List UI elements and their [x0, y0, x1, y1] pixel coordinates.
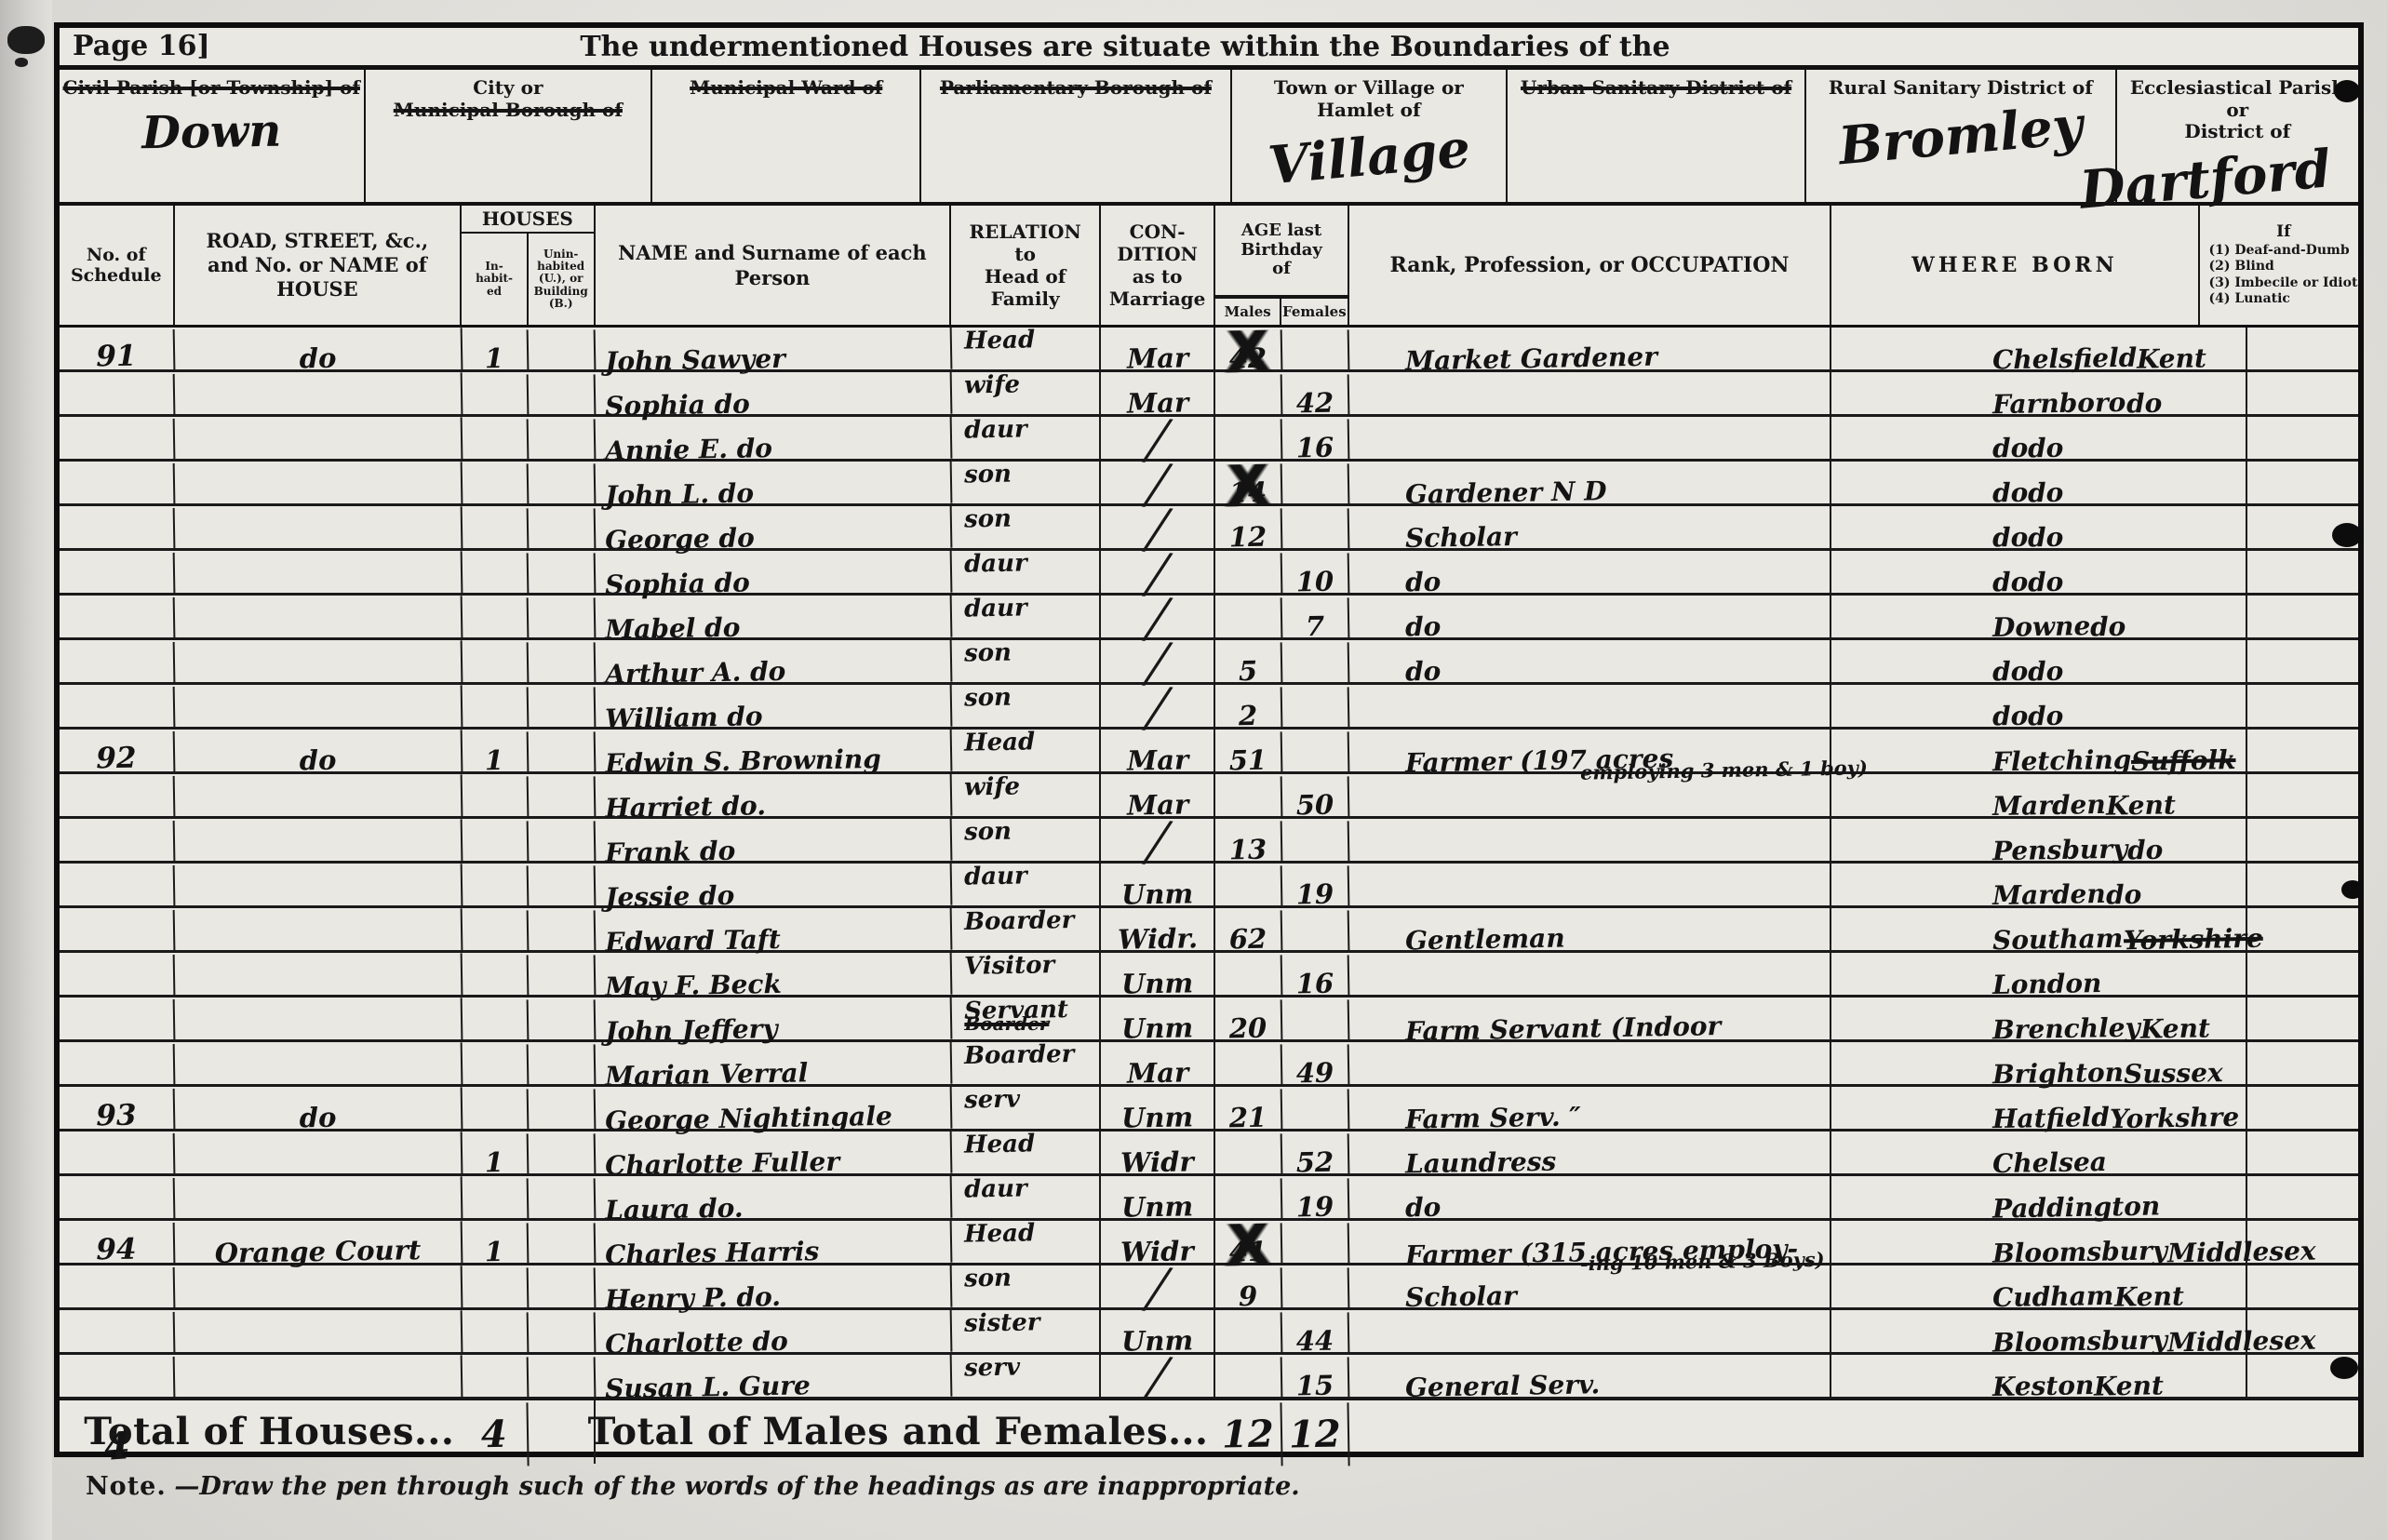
boundary-label: District of: [2184, 120, 2290, 142]
cell-houses-inhabited: [462, 776, 529, 819]
cell-schedule-number: [60, 1133, 175, 1177]
ink-smudge: [7, 26, 45, 54]
cell-person-name: Laura do.: [595, 1176, 952, 1225]
header-houses-group: HOUSES In- habit- ed Unin- habited (U.),…: [462, 206, 595, 325]
born-county: do: [2028, 434, 2064, 462]
cell-age-female: [1282, 508, 1349, 551]
condition-value: Widr: [1120, 1237, 1194, 1266]
cell-person-name: Arthur A. do: [595, 640, 952, 689]
cell-houses-uninhabited: [529, 1133, 596, 1176]
cell-condition: ╱: [1101, 685, 1216, 727]
table-row: Sophia do wife Mar ╱ 42 Farnboro do: [60, 372, 2358, 417]
cell-houses-uninhabited: [529, 731, 596, 774]
cell-age-female: 16: [1282, 955, 1349, 998]
cell-age-female: [1282, 1089, 1349, 1132]
occupation-value: Farm Serv. ″: [1404, 1103, 1580, 1133]
born-place: do: [1992, 523, 2029, 551]
cell-relation: son: [951, 640, 1101, 682]
boundary-label: Civil Parish [or Township] of: [63, 76, 360, 99]
occupation-value: General Serv.: [1404, 1371, 1600, 1401]
born-county: do: [2028, 478, 2064, 506]
footer-note-text: —Draw the pen through such of the words …: [174, 1472, 1299, 1501]
totals-males-females-label: Total of Males and Females...: [596, 1400, 1216, 1464]
condition-slash-mark: ╱: [1144, 601, 1171, 638]
condition-value: Unm: [1121, 1192, 1194, 1222]
cell-age-male: [1215, 955, 1282, 998]
born-place: Brighton: [1992, 1058, 2124, 1088]
cell-condition: Mar ╱: [1101, 774, 1216, 816]
header-uninhabited: Unin- habited (U.), or Building (B.): [529, 234, 594, 325]
cell-person-name: Charlotte Fuller: [595, 1132, 952, 1180]
cell-where-born: Bloomsbury Middlesex: [1831, 1221, 2247, 1263]
cell-road-name: [174, 819, 462, 865]
condition-value: Unm: [1121, 969, 1194, 998]
cell-road-name: Orange Court: [174, 1221, 462, 1267]
cell-where-born: Downe do: [1831, 596, 2247, 637]
cell-schedule-number: [60, 508, 175, 552]
cell-houses-inhabited: [462, 1357, 529, 1399]
header-condition: CON- DITION as to Marriage: [1101, 206, 1216, 325]
boundary-parliamentary-borough: Parliamentary Borough of: [921, 70, 1231, 202]
cell-infirmity: [2247, 774, 2358, 816]
relation-value: son: [964, 509, 1012, 530]
cell-houses-inhabited: [462, 910, 529, 953]
born-place: do: [1992, 702, 2029, 730]
relation-struck-value: Boarder: [964, 1016, 1049, 1032]
cell-condition: Mar ╱: [1101, 1042, 1216, 1084]
cell-age-female: 19: [1282, 865, 1349, 908]
cell-condition: Mar ╱: [1101, 730, 1216, 771]
header-age: AGE last Birthday of: [1215, 206, 1347, 297]
cell-relation: Head: [951, 328, 1101, 369]
condition-slash-mark: ╱: [1144, 1360, 1171, 1398]
cell-infirmity: [2247, 328, 2358, 369]
table-row: Edward Taft Boarder Widr. ╱ 62 Gentleman…: [60, 908, 2358, 953]
cell-age-female: 50: [1282, 776, 1349, 819]
cell-road-name: [174, 1132, 462, 1178]
cell-occupation: do: [1349, 551, 1832, 593]
cell-where-born: London: [1831, 953, 2247, 995]
cell-where-born: Pensbury do: [1831, 819, 2247, 861]
cell-occupation: Laundress: [1349, 1132, 1832, 1173]
cell-houses-inhabited: 1: [462, 329, 529, 372]
cell-schedule-number: [60, 865, 175, 909]
cell-houses-uninhabited: [529, 776, 596, 819]
cell-person-name: John L. do: [595, 462, 952, 510]
cell-person-name: Marian Verral: [595, 1042, 952, 1091]
cell-houses-inhabited: [462, 419, 529, 462]
cell-age-male: 51: [1215, 731, 1282, 774]
cell-age-male: [1215, 553, 1282, 596]
boundary-label: Town or Village or: [1274, 76, 1464, 99]
cell-infirmity: [2247, 372, 2358, 414]
cell-schedule-number: 93: [60, 1089, 175, 1132]
table-row: Charlotte do sister Unm ╱ 44 Bloomsbury: [60, 1310, 2358, 1355]
cell-schedule-number: 92: [60, 731, 175, 775]
cell-age-male: 62: [1215, 910, 1282, 953]
cell-where-born: do do: [1831, 551, 2247, 593]
relation-value: wife: [964, 776, 1020, 797]
cell-houses-uninhabited: [529, 865, 596, 908]
cell-age-male: 20: [1215, 999, 1282, 1042]
cell-condition: Unm ╱: [1101, 864, 1216, 905]
cell-occupation: Farmer (197 acres employing 3 men & 1 bo…: [1349, 730, 1832, 771]
occupation-note: employing 3 men & 1 boy): [1580, 757, 1868, 783]
table-row: Sophia do daur ╱ 10 do do do: [60, 551, 2358, 596]
born-place: do: [1992, 657, 2029, 685]
table-row: John L. do son ╱ 14 Gardener N D do d: [60, 462, 2358, 506]
condition-slash-mark: ╱: [1144, 512, 1171, 549]
cell-road-name: [174, 1310, 462, 1357]
cell-age-female: 10: [1282, 553, 1349, 596]
relation-value: daur: [964, 865, 1027, 887]
born-county: Suffolk: [2131, 746, 2236, 775]
cell-occupation: General Serv.: [1349, 1355, 1832, 1397]
boundary-town-village: Town or Village or Hamlet of Village: [1232, 70, 1508, 202]
ink-blot: [2332, 523, 2362, 547]
boundary-civil-parish: Civil Parish [or Township] of Down: [60, 70, 366, 202]
relation-value: serv: [964, 1357, 1020, 1378]
cell-road-name: do: [174, 328, 462, 374]
cell-person-name: John Sawyer: [595, 328, 952, 376]
cell-schedule-number: [60, 1267, 175, 1311]
relation-value: daur: [964, 419, 1027, 440]
totals-empty: [1831, 1400, 2246, 1464]
relation-value: son: [964, 464, 1012, 486]
born-place: Fletching: [1992, 745, 2132, 775]
cell-schedule-number: [60, 553, 175, 596]
boundary-ecclesiastical-parish: Ecclesiastical Parish or District of Dar…: [2117, 70, 2358, 202]
cell-condition: Unm ╱: [1101, 1310, 1216, 1352]
cell-person-name: Charlotte do: [595, 1310, 952, 1359]
table-row: George do son ╱ 12 Scholar do do: [60, 506, 2358, 551]
footer-note: Note. —Draw the pen through such of the …: [86, 1472, 1300, 1501]
condition-value: Mar: [1126, 388, 1188, 418]
footer-note-label: Note.: [86, 1472, 167, 1501]
cell-houses-uninhabited: [529, 955, 596, 998]
cell-where-born: Farnboro do: [1831, 372, 2247, 414]
table-row: 93 do George Nightingale serv Unm ╱ 21 F…: [60, 1087, 2358, 1132]
cell-person-name: Charles Harris: [595, 1221, 952, 1269]
cell-age-male: 12: [1215, 508, 1282, 551]
cell-where-born: Marden do: [1831, 864, 2247, 905]
cell-relation: son: [951, 819, 1101, 861]
relation-value: Visitor: [964, 955, 1055, 977]
totals-empty: [1349, 1400, 1832, 1464]
cell-where-born: Chelsea: [1831, 1132, 2247, 1173]
cell-schedule-number: [60, 955, 175, 998]
cell-occupation: [1349, 685, 1832, 727]
cell-road-name: [174, 551, 462, 597]
cell-schedule-number: [60, 463, 175, 507]
cell-houses-uninhabited: [529, 463, 596, 506]
cell-schedule-number: [60, 1044, 175, 1088]
header-infirmity: If (1) Deaf-and-Dumb (2) Blind (3) Imbec…: [2200, 206, 2358, 325]
infirmity-item: (2) Blind: [2209, 259, 2274, 275]
cell-relation: daur: [951, 417, 1101, 459]
census-page-scan: Page 16] The undermentioned Houses are s…: [0, 0, 2387, 1540]
cell-where-born: do do: [1831, 685, 2247, 727]
cell-relation: son: [951, 685, 1101, 727]
cell-infirmity: [2247, 953, 2358, 995]
ink-blot: [2330, 1357, 2358, 1379]
cell-schedule-number: [60, 597, 175, 641]
boundary-value: Village: [1230, 114, 1509, 199]
boundary-label: Rural Sanitary District of: [1829, 76, 2093, 99]
cell-houses-inhabited: [462, 1044, 529, 1087]
cell-road-name: [174, 506, 462, 553]
cell-condition: Mar ╱: [1101, 372, 1216, 414]
cell-houses-inhabited: 1: [462, 1223, 529, 1265]
boundary-municipal-borough: City or Municipal Borough of: [366, 70, 653, 202]
cell-schedule-number: [60, 374, 175, 418]
cell-occupation: [1349, 372, 1832, 414]
cell-age-female: 15: [1282, 1357, 1349, 1399]
sheet-title: The undermentioned Houses are situate wi…: [60, 31, 2191, 63]
cell-road-name: [174, 596, 462, 642]
cell-person-name: George do: [595, 506, 952, 555]
relation-value: wife: [964, 374, 1020, 395]
cell-houses-inhabited: [462, 1178, 529, 1221]
born-place: do: [1992, 568, 2029, 596]
header-age-females: Females: [1281, 299, 1348, 325]
cell-age-female: [1282, 999, 1349, 1042]
header-where-born: WHERE BORN: [1831, 206, 2199, 325]
cell-schedule-number: [60, 910, 175, 954]
cell-relation: Head: [951, 1221, 1101, 1263]
cell-road-name: [174, 372, 462, 419]
cell-condition: Unm ╱: [1101, 1087, 1216, 1129]
occupation-value: Market Gardener: [1404, 342, 1656, 374]
condition-value: Mar: [1126, 343, 1188, 373]
cell-houses-uninhabited: [529, 508, 596, 551]
occupation-value: Gentleman: [1404, 924, 1564, 954]
infirmity-item: (1) Deaf-and-Dumb: [2209, 243, 2350, 260]
cell-person-name: Sophia do: [595, 551, 952, 599]
cell-infirmity: [2247, 596, 2358, 637]
cell-houses-inhabited: [462, 642, 529, 685]
occupation-note: -ing 10 men & 3 Boys): [1580, 1250, 1825, 1275]
boundary-value: Down: [60, 103, 364, 161]
cell-age-female: 49: [1282, 1044, 1349, 1087]
cell-person-name: May F. Beck: [595, 953, 952, 1001]
cell-condition: Widr ╱: [1101, 1221, 1216, 1263]
cell-age-female: [1282, 1223, 1349, 1265]
relation-value: son: [964, 822, 1012, 843]
header-houses: HOUSES: [462, 206, 593, 234]
cell-schedule-number: [60, 1178, 175, 1222]
occupation-value: do: [1404, 568, 1441, 596]
cell-road-name: [174, 685, 462, 731]
born-county: Kent: [2113, 1282, 2183, 1311]
cell-infirmity: [2247, 864, 2358, 905]
cell-age-female: 16: [1282, 419, 1349, 462]
cell-where-born: Keston Kent: [1831, 1355, 2247, 1397]
cell-where-born: Fletching Suffolk: [1831, 730, 2247, 771]
born-county: do: [2090, 612, 2126, 640]
totals-uninhabited-value: [529, 1400, 596, 1464]
cell-houses-inhabited: [462, 597, 529, 640]
relation-value: son: [964, 1268, 1012, 1290]
relation-value: Head: [964, 1223, 1036, 1244]
table-row: Arthur A. do son ╱ 5 do do do: [60, 640, 2358, 685]
cell-infirmity: [2247, 462, 2358, 503]
cell-schedule-number: [60, 1357, 175, 1400]
cell-age-male: 9: [1215, 1267, 1282, 1310]
ink-blot: [2334, 80, 2360, 102]
cell-houses-uninhabited: [529, 374, 596, 417]
relation-value: Head: [964, 329, 1036, 351]
ink-smudge: [15, 58, 28, 67]
cell-condition: Unm ╱: [1101, 998, 1216, 1039]
cell-person-name: Edwin S. Browning: [595, 730, 952, 778]
table-row: Annie E. do daur ╱ 16 do do: [60, 417, 2358, 462]
relation-value: Head: [964, 731, 1036, 753]
cell-where-born: Brenchley Kent: [1831, 998, 2247, 1039]
born-place: do: [1992, 434, 2029, 462]
cell-houses-inhabited: [462, 821, 529, 864]
table-row: Marian Verral Boarder Mar ╱ 49 Brighton: [60, 1042, 2358, 1087]
born-county: Kent: [2140, 1014, 2210, 1043]
cell-condition: ╱: [1101, 640, 1216, 682]
cell-houses-uninhabited: [529, 1267, 596, 1310]
cell-where-born: Cudham Kent: [1831, 1265, 2247, 1307]
cell-schedule-number: 94: [60, 1223, 175, 1266]
cell-age-male: [1215, 1312, 1282, 1355]
cell-road-name: [174, 864, 462, 910]
ink-blot: [2341, 880, 2364, 899]
boundary-header-row: Civil Parish [or Township] of Down City …: [60, 70, 2358, 206]
cell-houses-uninhabited: [529, 999, 596, 1042]
boundary-label: Hamlet of: [1317, 99, 1420, 121]
table-row: Jessie do daur Unm ╱ 19 Marden do: [60, 864, 2358, 908]
cell-where-born: Bloomsbury Middlesex: [1831, 1310, 2247, 1352]
born-place: do: [1992, 478, 2029, 506]
cell-condition: Unm ╱: [1101, 953, 1216, 995]
born-place: Downe: [1992, 612, 2091, 641]
born-place: London: [1992, 970, 2102, 998]
census-sheet: Page 16] The undermentioned Houses are s…: [54, 22, 2364, 1457]
cell-infirmity: [2247, 417, 2358, 459]
cell-relation: son: [951, 506, 1101, 548]
boundary-label: Municipal Ward of: [690, 76, 882, 99]
cell-houses-uninhabited: [529, 419, 596, 462]
cell-houses-uninhabited: [529, 642, 596, 685]
cell-person-name: Susan L. Gure: [595, 1355, 952, 1403]
relation-value: son: [964, 688, 1012, 709]
relation-value: serv: [964, 1089, 1020, 1110]
cell-infirmity: [2247, 908, 2358, 950]
table-row: William do son ╱ 2 do do: [60, 685, 2358, 730]
table-row: Harriet do. wife Mar ╱ 50 Marden Kent: [60, 774, 2358, 819]
cell-houses-inhabited: [462, 374, 529, 417]
cell-person-name: William do: [595, 685, 952, 733]
relation-value: daur: [964, 553, 1027, 574]
cell-person-name: Sophia do: [595, 372, 952, 421]
totals-empty: [2246, 1400, 2358, 1464]
cell-age-male: 5: [1215, 642, 1282, 685]
cell-condition: ╱: [1101, 506, 1216, 548]
scan-left-edge: [0, 0, 52, 1540]
born-county: do: [2028, 523, 2064, 551]
cell-relation: daur: [951, 596, 1101, 637]
condition-value: Unm: [1121, 1103, 1194, 1132]
cell-where-born: Southam Yorkshire: [1831, 908, 2247, 950]
cell-schedule-number: [60, 419, 175, 462]
condition-slash-mark: ╱: [1144, 467, 1171, 504]
cell-occupation: Farmer (315 acres employ- -ing 10 men & …: [1349, 1221, 1832, 1263]
cell-age-male: 21: [1215, 1089, 1282, 1132]
cell-houses-inhabited: [462, 1312, 529, 1355]
occupation-value: Scholar: [1404, 1282, 1516, 1311]
cell-road-name: [174, 1042, 462, 1089]
cell-relation: daur: [951, 864, 1101, 905]
born-county: do: [2127, 836, 2164, 864]
cell-road-name: [174, 1176, 462, 1223]
header-road: ROAD, STREET, &c., and No. or NAME of HO…: [175, 206, 463, 325]
cell-road-name: [174, 908, 462, 955]
cell-where-born: Hatfield Yorkshre: [1831, 1087, 2247, 1129]
condition-value: Unm: [1121, 879, 1194, 909]
cell-age-male: [1215, 1044, 1282, 1087]
condition-slash-mark: ╱: [1144, 556, 1171, 594]
relation-value: son: [964, 643, 1012, 664]
cell-houses-uninhabited: [529, 1044, 596, 1087]
table-row: Henry P. do. son ╱ 9 Scholar Cudham K: [60, 1265, 2358, 1310]
condition-value: Mar: [1126, 1058, 1188, 1088]
totals-row: 4 Total of Houses... 4 Total of Males an…: [60, 1399, 2358, 1464]
cell-occupation: do: [1349, 1176, 1832, 1218]
cell-where-born: do do: [1831, 417, 2247, 459]
cell-schedule-number: [60, 1312, 175, 1356]
occupation-value: do: [1404, 612, 1441, 640]
cell-infirmity: [2247, 1176, 2358, 1218]
cell-relation: Boarder: [951, 1042, 1101, 1084]
cell-person-name: John Jeffery: [595, 998, 952, 1046]
cell-infirmity: [2247, 1132, 2358, 1173]
relation-value: Boarder: [964, 910, 1075, 932]
cell-age-male: [1215, 419, 1282, 462]
cell-age-male: 41: [1215, 1223, 1282, 1265]
boundary-label: City or: [473, 76, 543, 99]
column-header-row: No. of Schedule ROAD, STREET, &c., and N…: [60, 206, 2358, 328]
cell-schedule-number: [60, 999, 175, 1043]
table-row: Susan L. Gure serv ╱ 15 General Serv. Ke…: [60, 1355, 2358, 1399]
cell-road-name: [174, 1355, 462, 1401]
header-name: NAME and Surname of each Person: [596, 206, 952, 325]
born-place: Pensbury: [1992, 835, 2128, 864]
cell-houses-uninhabited: [529, 821, 596, 864]
cell-age-male: [1215, 865, 1282, 908]
cell-age-male: 2: [1215, 687, 1282, 730]
condition-value: Unm: [1121, 1013, 1194, 1043]
cell-where-born: Paddington: [1831, 1176, 2247, 1218]
cell-person-name: George Nightingale: [595, 1087, 952, 1135]
cell-condition: ╱: [1101, 417, 1216, 459]
cell-age-female: 44: [1282, 1312, 1349, 1355]
cell-condition: ╱: [1101, 1355, 1216, 1397]
cell-occupation: [1349, 1042, 1832, 1084]
cell-relation: Boarder: [951, 908, 1101, 950]
cell-houses-uninhabited: [529, 1223, 596, 1265]
cell-relation: Servant Boarder: [951, 998, 1101, 1039]
cell-relation: Head: [951, 730, 1101, 771]
cell-occupation: [1349, 1310, 1832, 1352]
cell-houses-uninhabited: [529, 1089, 596, 1132]
boundary-urban-sanitary: Urban Sanitary District of: [1508, 70, 1806, 202]
cell-houses-inhabited: 1: [462, 1133, 529, 1176]
cell-age-female: 7: [1282, 597, 1349, 640]
